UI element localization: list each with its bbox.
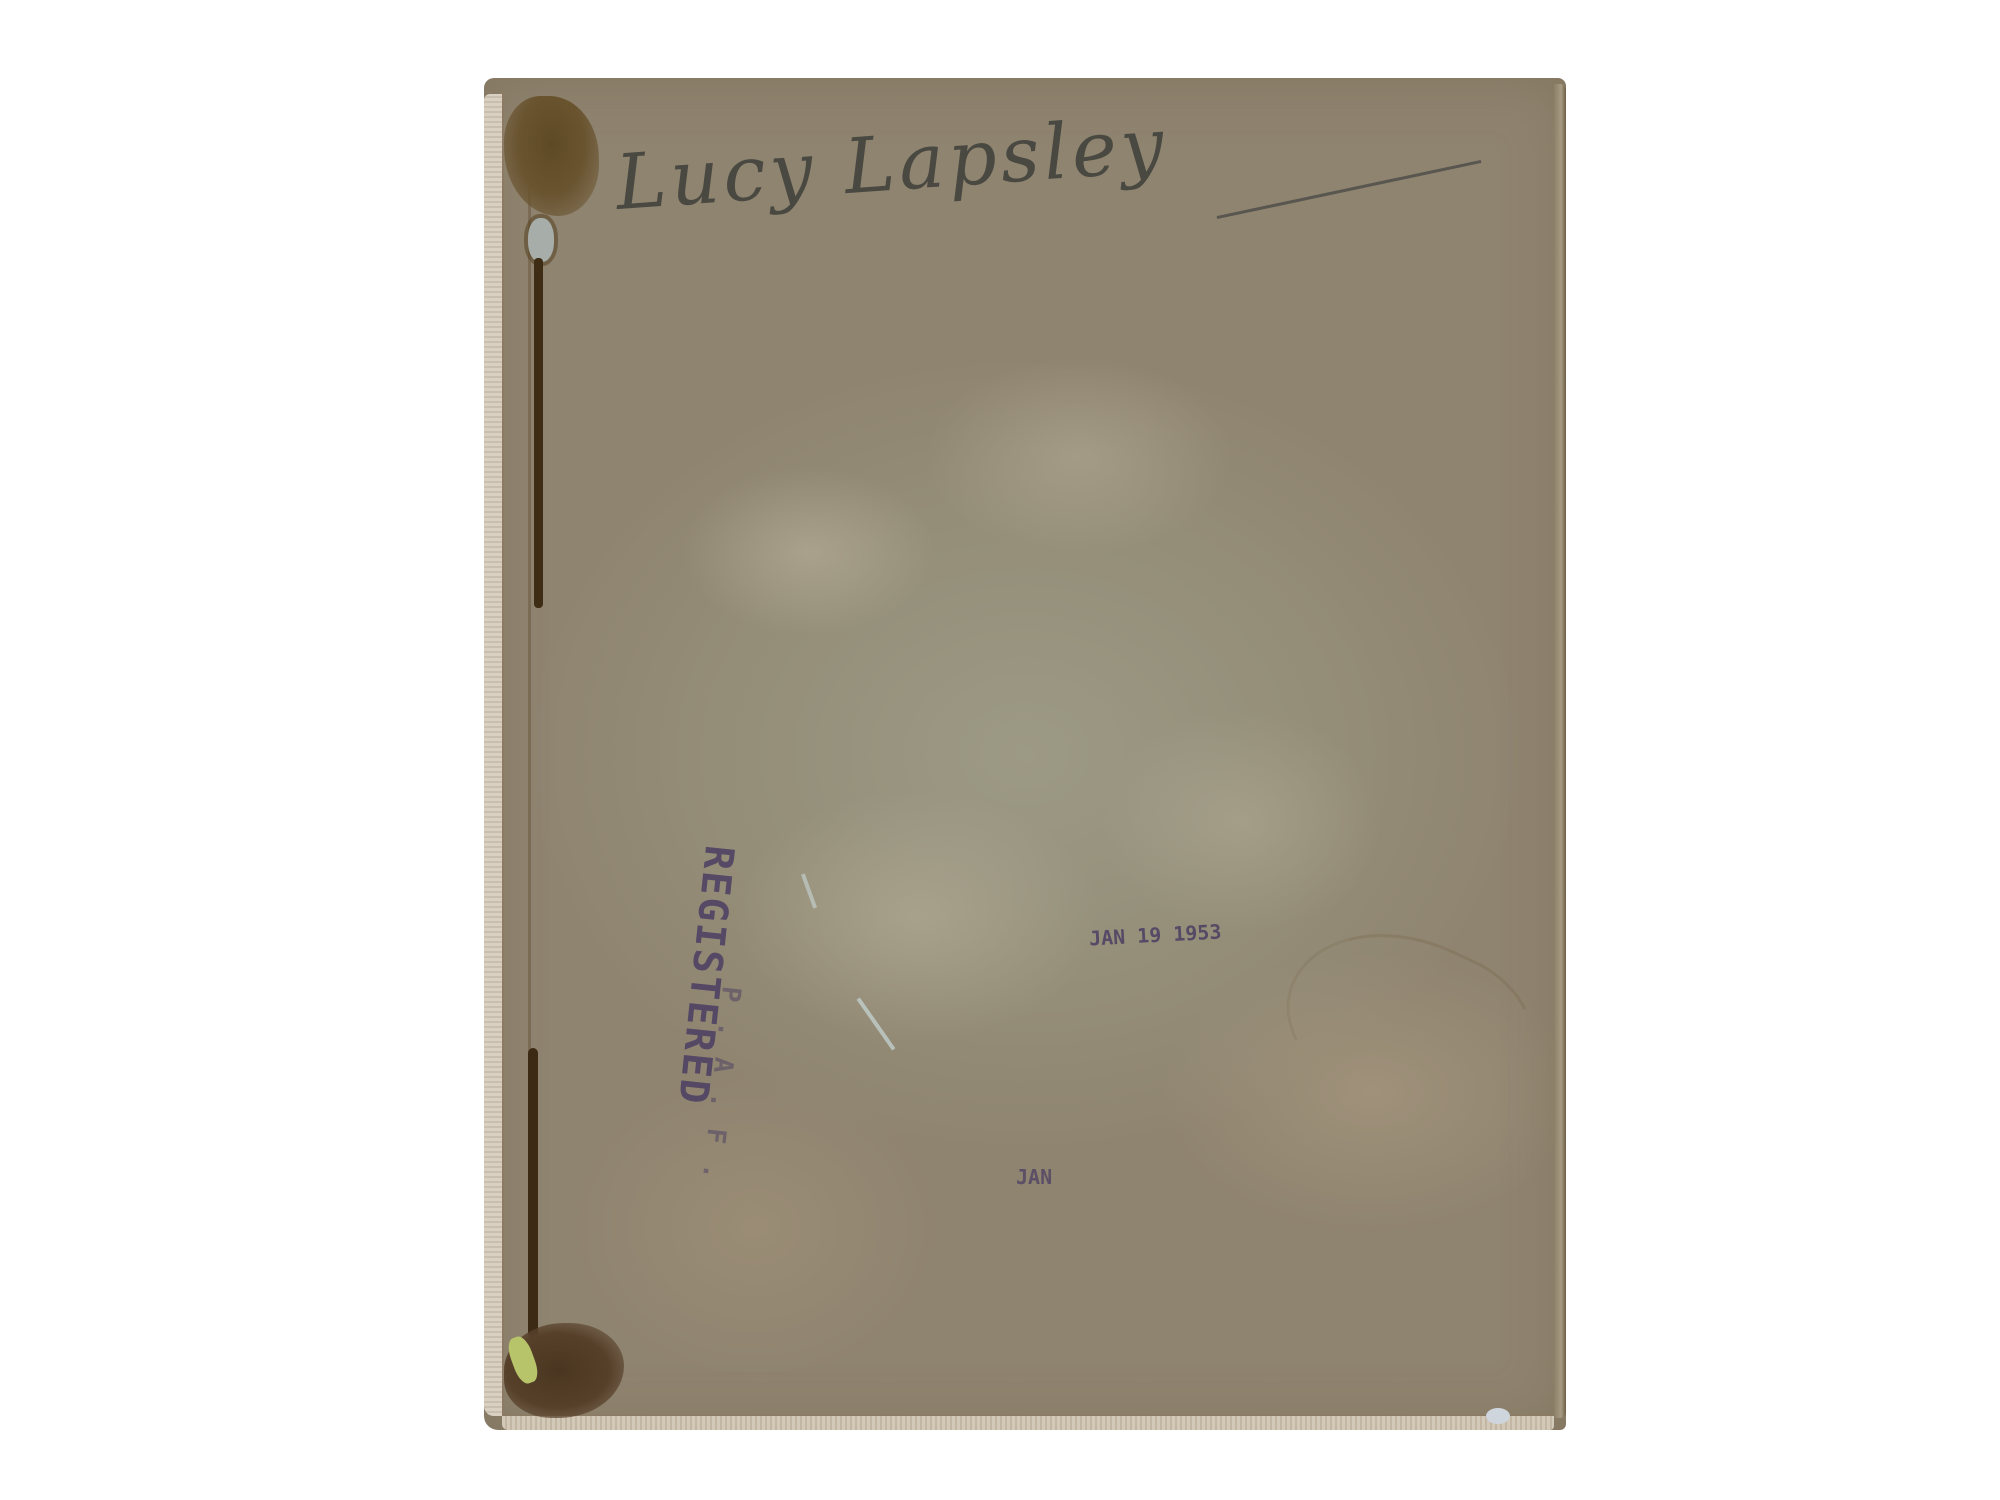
handwritten-name: Lucy Lapsley	[613, 100, 1171, 227]
signature-flourish	[1217, 160, 1482, 219]
drip-stain-bottom	[528, 1048, 538, 1338]
scratch-mark-small	[801, 873, 817, 908]
partial-date-stamp: JAN	[1016, 1165, 1052, 1189]
drip-stain-top	[534, 258, 543, 608]
paper-loss-patch	[528, 218, 554, 262]
water-ring-mark	[1258, 894, 1555, 1157]
board-right-edge	[1554, 84, 1566, 1418]
scratch-mark	[857, 997, 896, 1050]
photo-stage: Lucy Lapsley REGISTERED P.A.F. JAN 19 19…	[0, 0, 2000, 1500]
white-paint-chip	[1486, 1408, 1510, 1424]
water-stain-top	[504, 96, 599, 216]
cloth-spine-strip	[484, 94, 504, 1416]
date-stamp: JAN 19 1953	[1088, 920, 1222, 951]
book-cover: Lucy Lapsley REGISTERED P.A.F. JAN 19 19…	[484, 78, 1566, 1430]
cloth-bottom-edge	[502, 1415, 1554, 1430]
